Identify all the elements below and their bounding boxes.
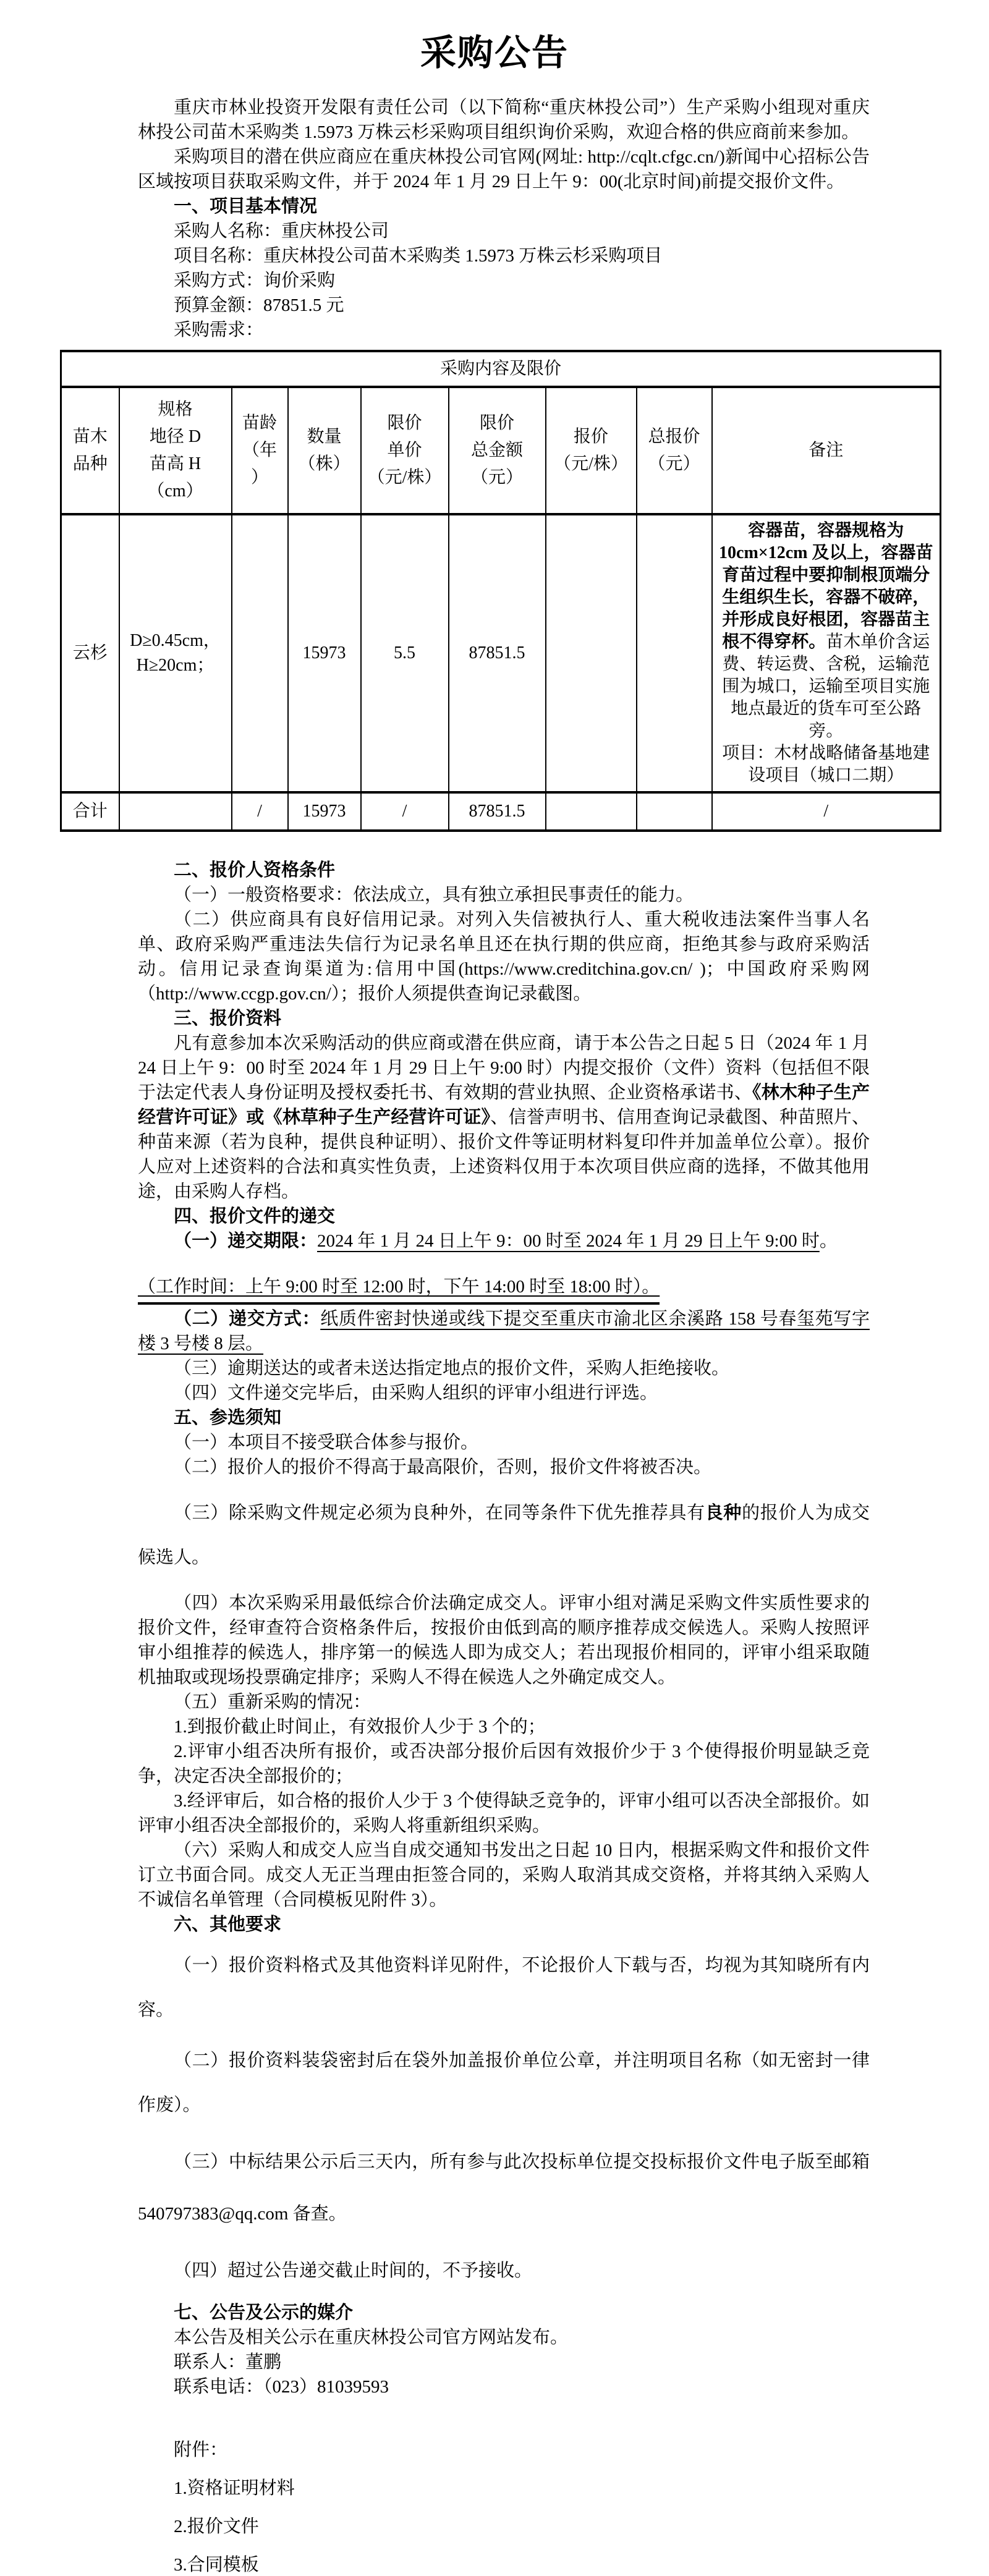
cell-quote (546, 514, 637, 792)
col-header-remark: 备注 (712, 387, 941, 514)
sec4-worktime-text: （工作时间：上午 9:00 时至 12:00 时，下午 14:00 时至 18:… (138, 1277, 660, 1305)
project-name-line: 项目名称：重庆林投公司苗木采购类 1.5973 万株云杉采购项目 (138, 244, 870, 268)
cell-total-quote (637, 514, 712, 792)
sec6-item-3: （三）中标结果公示后三天内，所有参与此次投标单位提交投标报价文件电子版至邮箱 5… (138, 2136, 870, 2240)
sec2-item-2: （二）供应商具有良好信用记录。对列入失信被执行人、重大税收违法案件当事人名单、政… (138, 907, 870, 1006)
sec5-sub-2: 2.评审小组否决所有报价，或否决部分报价后因有效报价少于 3 个使得报价明显缺乏… (138, 1739, 870, 1789)
sec5-item-3: （三）除采购文件规定必须为良种外，在同等条件下优先推荐具有良种的报价人为成交候选… (138, 1491, 870, 1580)
page-title: 采购公告 (0, 0, 989, 75)
sec3-paragraph: 凡有意参加本次采购活动的供应商或潜在供应商，请于本公告之日起 5 日（2024 … (138, 1031, 870, 1204)
sec6-item-2: （二）报价资料装袋密封后在袋外加盖报价单位公章，并注明项目名称（如无密封一律作废… (138, 2038, 870, 2127)
total-quantity: 15973 (288, 792, 361, 831)
sec7-body: 本公告及相关公示在重庆林投公司官方网站发布。 (138, 2325, 870, 2350)
contact-person-line: 联系人：董鹏 (138, 2350, 870, 2375)
total-unit-limit: / (361, 792, 449, 831)
col-header-unit-limit-price: 限价 单价 （元/株） (361, 387, 449, 514)
total-label: 合计 (61, 792, 119, 831)
contact-phone-line: 联系电话：（023）81039593 (138, 2375, 870, 2399)
attachments-label: 附件： (138, 2438, 870, 2462)
sec4-item1-deadline: 2024 年 1 月 24 日上午 9：00 时至 2024 年 1 月 29 … (317, 1231, 820, 1251)
cell-species: 云杉 (61, 514, 119, 792)
sec5-item3-pre: （三）除采购文件规定必须为良种外，在同等条件下优先推荐具有 (174, 1503, 705, 1523)
sec4-item-3: （三）逾期送达的或者未送达指定地点的报价文件，采购人拒绝接收。 (138, 1356, 870, 1381)
col-header-age: 苗龄 （年 ） (232, 387, 288, 514)
col-header-quote: 报价 （元/株） (546, 387, 637, 514)
purchase-method-line: 采购方式：询价采购 (138, 268, 870, 293)
intro-block: 重庆市林业投资开发限有责任公司（以下简称“重庆林投公司”）生产采购小组现对重庆林… (138, 95, 870, 342)
cell-quantity: 15973 (288, 514, 361, 792)
demand-line: 采购需求： (138, 318, 870, 342)
sec5-sub-1: 1.到报价截止时间止，有效报价人少于 3 个的； (138, 1714, 870, 1739)
section5-heading: 五、参选须知 (138, 1405, 870, 1430)
cell-remark: 容器苗，容器规格为 10cm×12cm 及以上，容器苗育苗过程中要抑制根顶端分生… (712, 514, 941, 792)
table-title-row: 采购内容及限价 (61, 351, 941, 387)
sec6-item-1: （一）报价资料格式及其他资料详见附件，不论报价人下载与否，均视为其知晓所有内容。 (138, 1943, 870, 2032)
sec4-worktime-line: （工作时间：上午 9:00 时至 12:00 时，下午 14:00 时至 18:… (138, 1274, 870, 1299)
total-total-quote (637, 792, 712, 831)
sec6-item-4: （四）超过公告递交截止时间的，不予接收。 (138, 2258, 870, 2283)
sec4-item2-label: （二）递交方式： (174, 1309, 320, 1329)
purchaser-name-line: 采购人名称：重庆林投公司 (138, 219, 870, 244)
section7-heading: 七、公告及公示的媒介 (138, 2300, 870, 2325)
cell-spec: D≥0.45cm， H≥20cm； (119, 514, 232, 792)
document-page: 采购公告 重庆市林业投资开发限有责任公司（以下简称“重庆林投公司”）生产采购小组… (0, 0, 989, 2576)
col-header-total-limit-price: 限价 总金额 （元） (449, 387, 546, 514)
sec5-item-5: （五）重新采购的情况： (138, 1690, 870, 1714)
sec4-item1-label: （一）递交期限： (174, 1231, 317, 1251)
sec4-item-4: （四）文件递交完毕后，由采购人组织的评审小组进行评选。 (138, 1381, 870, 1405)
intro-paragraph-1: 重庆市林业投资开发限有责任公司（以下简称“重庆林投公司”）生产采购小组现对重庆林… (138, 95, 870, 145)
intro-paragraph-2: 采购项目的潜在供应商应在重庆林投公司官网(网址: http://cqlt.cfg… (138, 145, 870, 194)
total-age: / (232, 792, 288, 831)
sec4-item1-period: 。 (820, 1231, 838, 1251)
section3-heading: 三、报价资料 (138, 1006, 870, 1031)
table-total-row: 合计 / 15973 / 87851.5 / (61, 792, 941, 831)
sec4-item-1: （一）递交期限：2024 年 1 月 24 日上午 9：00 时至 2024 年… (138, 1229, 870, 1253)
sec5-item-1: （一）本项目不接受联合体参与报价。 (138, 1430, 870, 1455)
sec5-item-2: （二）报价人的报价不得高于最高限价，否则，报价文件将被否决。 (138, 1455, 870, 1480)
attachment-item-3: 3.合同模板 (138, 2553, 870, 2576)
table-title: 采购内容及限价 (61, 351, 941, 387)
total-remark: / (712, 792, 941, 831)
total-quote (546, 792, 637, 831)
total-spec (119, 792, 232, 831)
table-header-row: 苗木 品种 规格 地径 D 苗高 H （cm） 苗龄 （年 ） 数量 （株） 限… (61, 387, 941, 514)
attachment-item-2: 2.报价文件 (138, 2514, 870, 2539)
cell-age (232, 514, 288, 792)
col-header-total-quote: 总报价 （元） (637, 387, 712, 514)
section1-heading: 一、项目基本情况 (138, 194, 870, 219)
section2-heading: 二、报价人资格条件 (138, 858, 870, 883)
col-header-species: 苗木 品种 (61, 387, 119, 514)
sec2-item-1: （一）一般资格要求：依法成立，具有独立承担民事责任的能力。 (138, 883, 870, 907)
cell-total-limit-price: 87851.5 (449, 514, 546, 792)
sec4-item-2: （二）递交方式：纸质件密封快递或线下提交至重庆市渝北区余溪路 158 号春玺苑写… (138, 1307, 870, 1356)
col-header-spec: 规格 地径 D 苗高 H （cm） (119, 387, 232, 514)
body-block: 二、报价人资格条件 （一）一般资格要求：依法成立，具有独立承担民事责任的能力。 … (138, 858, 870, 2576)
sec5-item-4: （四）本次采购采用最低综合价法确定成交人。评审小组对满足采购文件实质性要求的报价… (138, 1591, 870, 1690)
budget-line: 预算金额：87851.5 元 (138, 293, 870, 318)
total-limit-amount: 87851.5 (449, 792, 546, 831)
purchase-content-table: 采购内容及限价 苗木 品种 规格 地径 D 苗高 H （cm） 苗龄 （年 ） … (60, 350, 941, 832)
sec5-item-6: （六）采购人和成交人应当自成交通知书发出之日起 10 日内，根据采购文件和报价文… (138, 1838, 870, 1912)
sec5-item3-bold: 良种 (705, 1503, 742, 1523)
cell-unit-limit-price: 5.5 (361, 514, 449, 792)
section4-heading: 四、报价文件的递交 (138, 1204, 870, 1229)
attachment-item-1: 1.资格证明材料 (138, 2476, 870, 2501)
table-row: 云杉 D≥0.45cm， H≥20cm； 15973 5.5 87851.5 容… (61, 514, 941, 792)
section6-heading: 六、其他要求 (138, 1912, 870, 1937)
remark-text: 容器苗，容器规格为 10cm×12cm 及以上，容器苗育苗过程中要抑制根顶端分生… (716, 520, 936, 742)
remark-project-line: 项目：木材战略储备基地建设项目（城口二期） (716, 742, 936, 787)
sec5-sub-3: 3.经评审后，如合格的报价人少于 3 个使得缺乏竞争的，评审小组可以否决全部报价… (138, 1789, 870, 1838)
col-header-quantity: 数量 （株） (288, 387, 361, 514)
